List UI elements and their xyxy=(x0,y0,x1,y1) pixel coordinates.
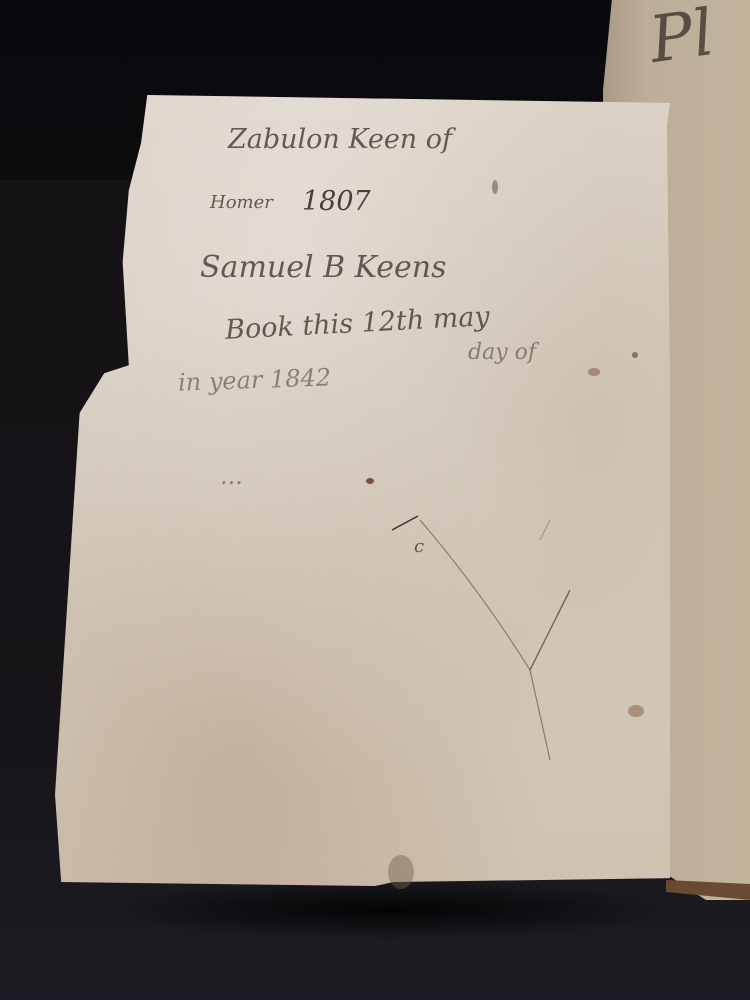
water-stain xyxy=(388,855,414,889)
faint-scrawl: ... xyxy=(220,462,243,490)
book-shadow xyxy=(90,880,690,940)
stain-spot xyxy=(366,478,374,484)
pencil-scribble-lines xyxy=(380,500,620,760)
inscription-year: 1807 xyxy=(302,186,371,217)
ink-blot xyxy=(492,180,498,194)
inscription-line-1: Zabulon Keen of xyxy=(228,124,452,155)
inscription-line-6: in year 1842 xyxy=(178,363,332,396)
inscription-line-3: Samuel B Keens xyxy=(200,250,447,285)
inscription-place: Homer xyxy=(210,192,273,213)
stain-spot xyxy=(632,352,638,358)
inscription-line-5: day of xyxy=(468,340,536,365)
stain-spot xyxy=(588,368,600,376)
facing-page-script: Pl xyxy=(645,0,718,78)
stain-spot xyxy=(628,705,644,717)
